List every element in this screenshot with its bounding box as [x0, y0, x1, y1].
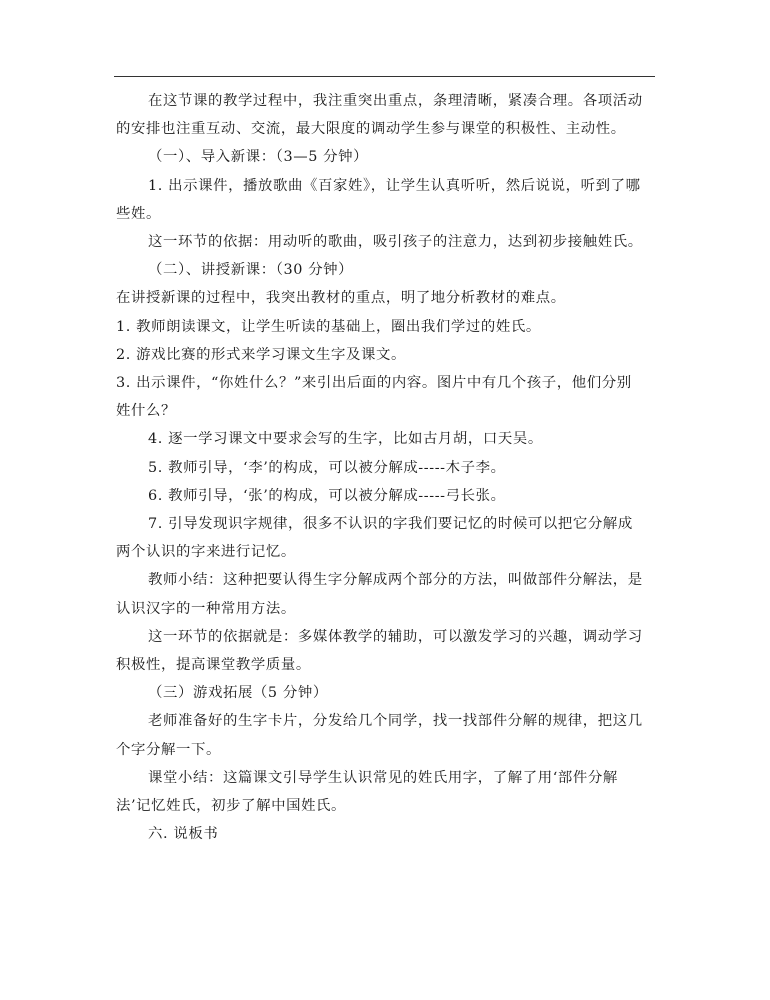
list-item-step-6: 6. 教师引导，‘张’的构成，可以被分解成-----弓长张。	[116, 482, 646, 510]
paragraph-new-lesson-intro: 在讲授新课的过程中，我突出教材的重点，明了地分析教材的难点。	[116, 284, 646, 312]
paragraph-teacher-summary: 教师小结：这种把要认得生字分解成两个部分的方法，叫做部件分解法，是认识汉字的一种…	[116, 566, 646, 622]
list-item-step-7: 7. 引导发现识字规律，很多不认识的字我们要记忆的时候可以把它分解成两个认识的字…	[116, 510, 646, 566]
section-heading-lead-in: （一）、导入新课：（3—5 分钟）	[116, 143, 646, 171]
header-rule	[114, 76, 655, 77]
paragraph-game-activity: 老师准备好的生字卡片，分发给几个同学，找一找部件分解的规律，把这几个字分解一下。	[116, 707, 646, 763]
paragraph-new-lesson-basis: 这一环节的依据就是：多媒体教学的辅助，可以激发学习的兴趣，调动学习积极性，提高课…	[116, 623, 646, 679]
list-item-step-5: 5. 教师引导，‘李’的构成，可以被分解成-----木子李。	[116, 454, 646, 482]
list-item-step-4: 4. 逐一学习课文中要求会写的生字，比如古月胡，口天吴。	[116, 425, 646, 453]
paragraph-lead-in-step: 1. 出示课件，播放歌曲《百家姓》，让学生认真听听，然后说说，听到了哪些姓。	[116, 172, 646, 228]
paragraph-class-summary: 课堂小结：这篇课文引导学生认识常见的姓氏用字，了解了用‘部件分解法’记忆姓氏，初…	[116, 764, 646, 820]
paragraph-lead-in-basis: 这一环节的依据：用动听的歌曲，吸引孩子的注意力，达到初步接触姓氏。	[116, 228, 646, 256]
document-body: 在这节课的教学过程中，我注重突出重点，条理清晰，紧凑合理。各项活动的安排也注重互…	[116, 87, 646, 848]
list-item-step-2: 2. 游戏比赛的形式来学习课文生字及课文。	[116, 341, 646, 369]
list-item-step-1: 1. 教师朗读课文，让学生听读的基础上，圈出我们学过的姓氏。	[116, 313, 646, 341]
section-heading-game: （三）游戏拓展（5 分钟）	[116, 679, 646, 707]
section-heading-blackboard: 六. 说板书	[116, 820, 646, 848]
paragraph-intro: 在这节课的教学过程中，我注重突出重点，条理清晰，紧凑合理。各项活动的安排也注重互…	[116, 87, 646, 143]
section-heading-new-lesson: （二）、讲授新课：（30 分钟）	[116, 256, 646, 284]
list-item-step-3: 3. 出示课件，“你姓什么？”来引出后面的内容。图片中有几个孩子，他们分别姓什么…	[116, 369, 646, 425]
